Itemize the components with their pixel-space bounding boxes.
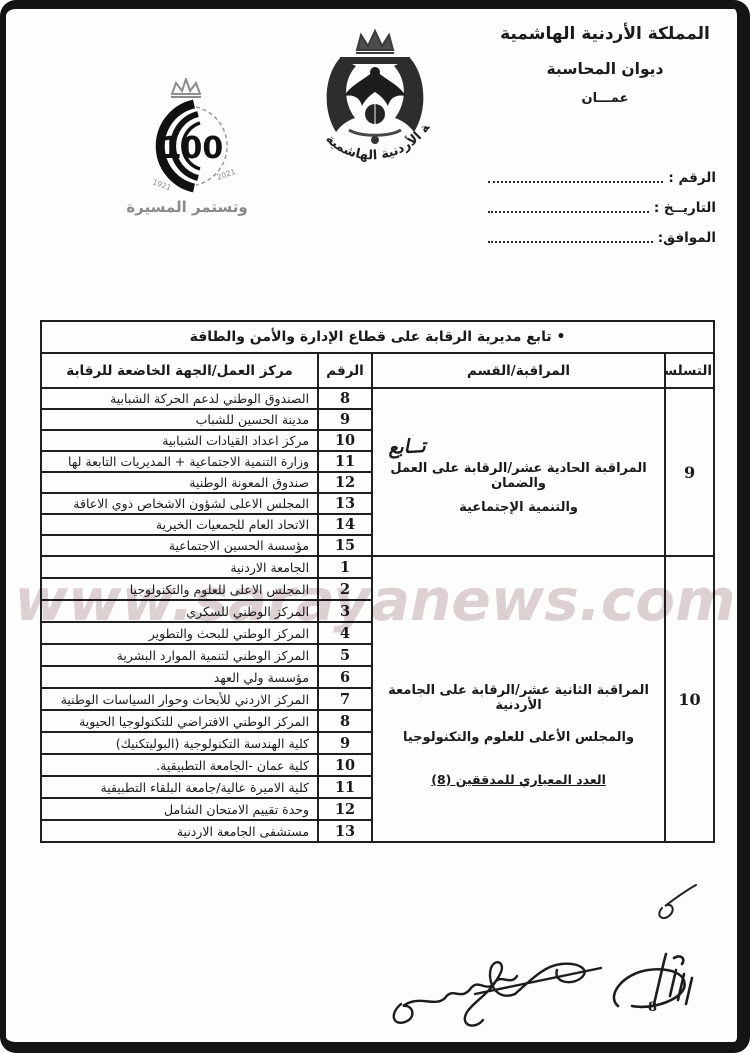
dept-line: المراقبة الثانية عشر/الرقابة على الجامعة… <box>374 683 663 713</box>
scanned-document-page: المملكة الأردنية الهاشمية ديوان المحاسبة… <box>0 0 750 1053</box>
header-entity: مركز العمل/الجهة الخاضعة للرقابة <box>41 353 318 388</box>
row-number: 12 <box>318 472 372 493</box>
row-number: 14 <box>318 514 372 535</box>
table-row: 10 المراقبة الثانية عشر/الرقابة على الجا… <box>41 556 714 578</box>
date-field-label: التاريــخ : <box>654 200 716 216</box>
number-field-label: الرقم : <box>668 170 716 186</box>
city-name: عمـــان <box>498 91 712 106</box>
header-dept: المراقبة/القسم <box>372 353 665 388</box>
reference-fields: الرقم : التاريــخ : الموافق: <box>486 168 716 258</box>
row-number: 5 <box>318 644 372 666</box>
row-number: 3 <box>318 600 372 622</box>
signature-right-icon <box>604 948 709 1028</box>
dept-handwritten-continued: تــابع <box>374 422 664 459</box>
row-entity: كلية الهندسة التكنولوجية (البوليتكنيك) <box>41 732 318 754</box>
row-number: 6 <box>318 666 372 688</box>
centennial-number: 100 <box>161 131 224 166</box>
row-number: 11 <box>318 451 372 472</box>
row-entity: صندوق المعونة الوطنية <box>41 472 318 493</box>
row-entity: المركز الوطني للبحث والتطوير <box>41 622 318 644</box>
centennial-year-end: 2021 <box>216 167 237 182</box>
row-entity: وزارة التنمية الاجتماعية + المديريات الت… <box>41 451 318 472</box>
corresponding-field-dotted-line <box>488 229 653 243</box>
group9-seq: 9 <box>665 388 714 556</box>
row-number: 8 <box>318 388 372 409</box>
date-field: التاريــخ : <box>486 198 716 216</box>
date-field-dotted-line <box>488 199 649 213</box>
oversight-table-wrapper: • تابع مديرية الرقابة على قطاع الإدارة و… <box>40 320 715 843</box>
dept-line: والتنمية الإجتماعية <box>374 500 663 515</box>
number-field: الرقم : <box>486 168 716 186</box>
row-entity: الصندوق الوطني لدعم الحركة الشبابية <box>41 388 318 409</box>
row-entity: مؤسسة الحسين الاجتماعية <box>41 535 318 556</box>
row-number: 13 <box>318 820 372 842</box>
auditors-standard-count-note: العدد المعياري للمدققين (8) <box>373 772 664 787</box>
row-entity: مستشفى الجامعة الاردنية <box>41 820 318 842</box>
row-number: 9 <box>318 732 372 754</box>
dept-lines: المراقبة الثانية عشر/الرقابة على الجامعة… <box>374 637 663 745</box>
row-number: 11 <box>318 776 372 798</box>
table-header-row: التسلسل المراقبة/القسم الرقم مركز العمل/… <box>41 353 714 388</box>
row-entity: مؤسسة ولي العهد <box>41 666 318 688</box>
oversight-table: • تابع مديرية الرقابة على قطاع الإدارة و… <box>40 320 715 843</box>
row-entity: الجامعة الاردنية <box>41 556 318 578</box>
jordan-coat-of-arms-icon: المملكة الأردنية الهاشمية <box>316 26 434 176</box>
centennial-slogan: وتستمر المسيرة <box>112 198 262 216</box>
group9-dept-cell: تــابع المراقبة الحادية عشر/الرقابة على … <box>372 388 665 556</box>
header-seq: التسلسل <box>665 353 714 388</box>
handwritten-mark-icon <box>650 872 705 922</box>
row-entity: كلية الاميرة عالية/جامعة البلقاء التطبيق… <box>41 776 318 798</box>
row-entity: المجلس الاعلى لشؤون الاشخاص ذوي الاعاقة <box>41 493 318 514</box>
table-title-row: • تابع مديرية الرقابة على قطاع الإدارة و… <box>41 321 714 353</box>
row-entity: المجلس الاعلى للعلوم والتكنولوجيا <box>41 578 318 600</box>
row-number: 4 <box>318 622 372 644</box>
table-title: تابع مديرية الرقابة على قطاع الإدارة وال… <box>190 329 552 345</box>
signature-left-icon <box>383 942 613 1037</box>
row-entity: وحدة تقييم الامتحان الشامل <box>41 798 318 820</box>
row-entity: المركز الوطني الافتراضي للتكنولوجيا الحي… <box>41 710 318 732</box>
row-number: 7 <box>318 688 372 710</box>
kingdom-title: المملكة الأردنية الهاشمية <box>498 24 712 44</box>
title-bullet: • <box>556 329 565 345</box>
dept-line: والمجلس الأعلى للعلوم والتكنولوجيا <box>374 730 663 745</box>
row-entity: مركز اعداد القيادات الشبابية <box>41 430 318 451</box>
row-number: 13 <box>318 493 372 514</box>
row-number: 12 <box>318 798 372 820</box>
letterhead-titles: المملكة الأردنية الهاشمية ديوان المحاسبة… <box>498 24 712 106</box>
corresponding-field-label: الموافق: <box>658 230 716 246</box>
table-row: 9 تــابع المراقبة الحادية عشر/الرقابة عل… <box>41 388 714 409</box>
dept-line: المراقبة الحادية عشر/الرقابة على العمل و… <box>374 461 663 491</box>
header-num: الرقم <box>318 353 372 388</box>
row-number: 8 <box>318 710 372 732</box>
bureau-name: ديوان المحاسبة <box>498 60 712 78</box>
centennial-100-logo-icon: 100 1921 2021 <box>130 78 242 196</box>
group10-seq: 10 <box>665 556 714 842</box>
row-entity: مدينة الحسين للشباب <box>41 409 318 430</box>
row-number: 1 <box>318 556 372 578</box>
corresponding-field: الموافق: <box>486 228 716 246</box>
row-number: 2 <box>318 578 372 600</box>
row-entity: المركز الاردني للأبحاث وحوار السياسات ال… <box>41 688 318 710</box>
number-field-dotted-line <box>488 169 663 183</box>
centennial-year-start: 1921 <box>151 177 172 192</box>
row-number: 10 <box>318 430 372 451</box>
row-number: 15 <box>318 535 372 556</box>
row-number: 10 <box>318 754 372 776</box>
row-entity: المركز الوطني للسكري <box>41 600 318 622</box>
row-number: 9 <box>318 409 372 430</box>
page-number: 8 <box>648 1000 657 1015</box>
row-entity: كلية عمان -الجامعة التطبيقية. <box>41 754 318 776</box>
row-entity: المركز الوطني لتنمية الموارد البشرية <box>41 644 318 666</box>
table-title-cell: • تابع مديرية الرقابة على قطاع الإدارة و… <box>41 321 714 353</box>
group10-dept-cell: المراقبة الثانية عشر/الرقابة على الجامعة… <box>372 556 665 842</box>
row-entity: الاتحاد العام للجمعيات الخيرية <box>41 514 318 535</box>
